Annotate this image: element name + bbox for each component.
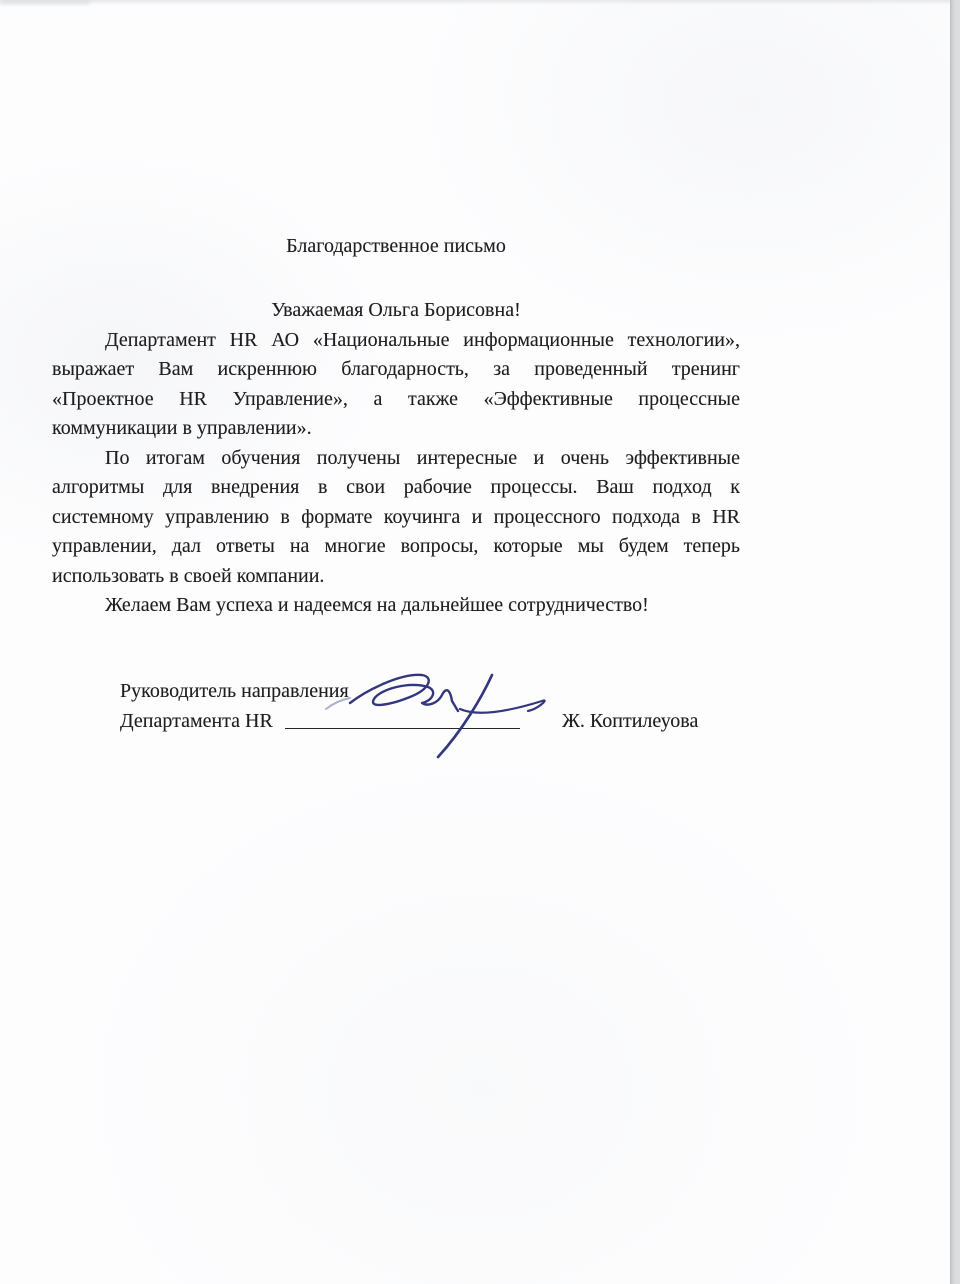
scanned-letter-page: Благодарственное письмо Уважаемая Ольга … [0, 0, 960, 1284]
paragraph1-line1: Департамент HR АО «Национальные информац… [52, 326, 740, 356]
signatory-role-line1: Руководитель направления [120, 677, 349, 706]
paragraph1-line3: «Проектное HR Управление», а также «Эффе… [52, 385, 740, 415]
salutation: Уважаемая Ольга Борисовна! [52, 296, 740, 326]
scan-smudge-top-left [0, 0, 90, 4]
letter-body: Уважаемая Ольга Борисовна! Департамент H… [52, 296, 740, 621]
signature-block: Руководитель направления Департамента HR… [0, 0, 960, 1284]
signatory-name: Ж. Коптилеуова [562, 707, 698, 736]
paragraph2-line4: управлении, дал ответы на многие вопросы… [52, 532, 740, 562]
paragraph2-line1: По итогам обучения получены интересные и… [52, 444, 740, 474]
paragraph2-line3: системному управлению в формате коучинга… [52, 503, 740, 533]
paragraph1-line4: коммуникации в управлении». [52, 414, 740, 444]
signature-line [285, 707, 520, 729]
closing-line: Желаем Вам успеха и надеемся на дальнейш… [52, 591, 740, 621]
paragraph2-line2: алгоритмы для внедрения в свои рабочие п… [52, 473, 740, 503]
paragraph1-line2: выражает Вам искреннюю благодарность, за… [52, 355, 740, 385]
letter-title: Благодарственное письмо [52, 232, 740, 261]
signatory-role-line2: Департамента HR [120, 707, 273, 736]
scan-edge-top [0, 0, 960, 5]
scan-edge-right [950, 0, 960, 1284]
handwritten-signature-icon [310, 645, 570, 760]
paragraph2-line5: использовать в своей компании. [52, 562, 740, 592]
